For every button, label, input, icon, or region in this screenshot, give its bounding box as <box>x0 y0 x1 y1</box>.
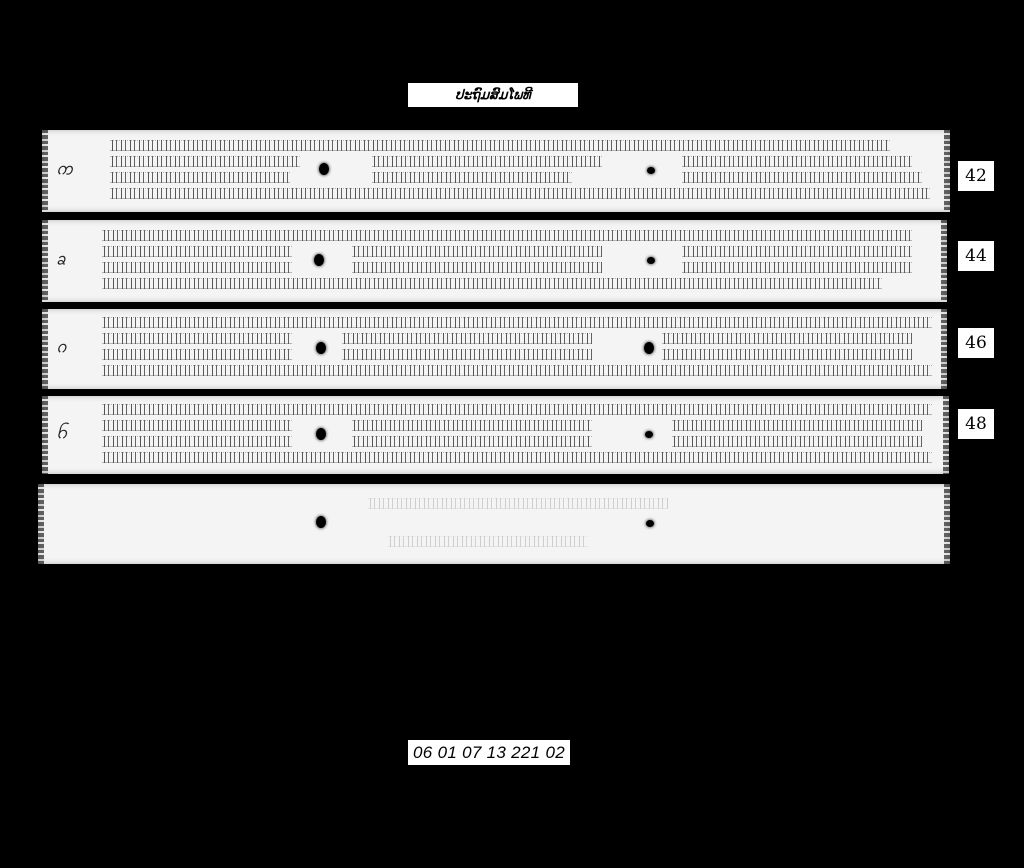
leaf-margin-marker: ᨤ <box>56 423 67 448</box>
script-line <box>352 420 592 431</box>
script-line <box>342 333 592 344</box>
script-line <box>372 156 602 167</box>
leaf-margin-marker: ᨡ <box>56 249 66 274</box>
palm-leaf-4: ᨤ <box>42 396 949 474</box>
script-line <box>110 140 890 151</box>
string-hole <box>645 431 653 438</box>
bleed-through-line <box>388 536 588 547</box>
script-line <box>372 172 572 183</box>
string-hole <box>316 516 326 528</box>
string-hole <box>644 342 654 354</box>
script-line <box>672 420 922 431</box>
script-line <box>102 246 292 257</box>
palm-leaf-2: ᨡ <box>42 220 947 302</box>
palm-leaf-blank <box>38 484 950 564</box>
script-line <box>110 188 930 199</box>
string-hole <box>647 167 655 174</box>
script-line <box>672 436 922 447</box>
script-line <box>102 349 292 360</box>
script-line <box>342 349 592 360</box>
manuscript-title-label: ປະຖົມສົມໂພທີ <box>408 83 578 107</box>
leaf-margin-marker: ᨣ <box>56 337 67 362</box>
page-number-badge: 44 <box>958 241 994 271</box>
script-line <box>102 317 932 328</box>
script-line <box>682 246 912 257</box>
script-line <box>102 333 292 344</box>
script-line <box>102 278 882 289</box>
script-line <box>102 404 932 415</box>
script-line <box>352 262 602 273</box>
script-line <box>682 172 922 183</box>
bleed-through-line <box>368 498 668 509</box>
string-hole <box>316 342 326 354</box>
page-number-badge: 48 <box>958 409 994 439</box>
page-number-badge: 42 <box>958 161 994 191</box>
palm-leaf-1: ᨠ <box>42 130 950 212</box>
script-line <box>102 262 292 273</box>
script-line <box>682 156 912 167</box>
string-hole <box>314 254 324 266</box>
palm-leaf-3: ᨣ <box>42 309 947 389</box>
leaf-margin-marker: ᨠ <box>56 159 73 184</box>
catalog-number-label: 06 01 07 13 221 02 <box>408 740 570 765</box>
string-hole <box>319 163 329 175</box>
script-line <box>102 452 932 463</box>
script-line <box>352 246 602 257</box>
script-line <box>110 156 300 167</box>
script-line <box>682 262 912 273</box>
script-line <box>352 436 592 447</box>
script-line <box>662 333 912 344</box>
script-line <box>102 420 292 431</box>
script-line <box>102 436 292 447</box>
page-number-badge: 46 <box>958 328 994 358</box>
script-line <box>102 365 932 376</box>
string-hole <box>646 520 654 527</box>
script-line <box>662 349 912 360</box>
string-hole <box>316 428 326 440</box>
script-line <box>110 172 290 183</box>
string-hole <box>647 257 655 264</box>
script-line <box>102 230 912 241</box>
